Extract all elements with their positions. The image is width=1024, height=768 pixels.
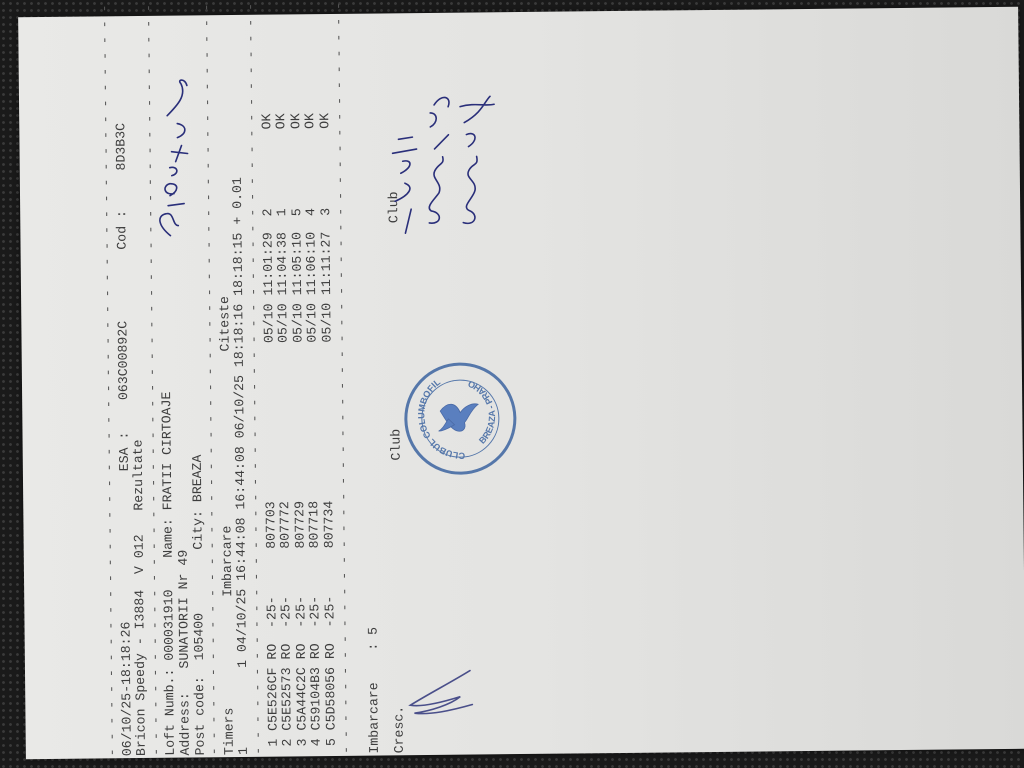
bird-year: -25- bbox=[293, 596, 308, 628]
handwritten-notes bbox=[364, 82, 506, 248]
bird-place: 4 bbox=[303, 208, 318, 216]
bird-place: 1 bbox=[274, 208, 289, 216]
bird-ring: C5E52573 bbox=[279, 667, 295, 730]
bird-ring: C5E526CF bbox=[264, 667, 280, 730]
receipt-text-block: - - - - - - - - - - - - - - - - - - - - … bbox=[98, 26, 1024, 756]
bird-year: -25- bbox=[278, 596, 293, 628]
arrival-date: 05/10 bbox=[304, 303, 319, 343]
bird-number: 807772 bbox=[277, 501, 292, 549]
arrival-time: 11:04:38 bbox=[275, 232, 291, 295]
bird-place: 5 bbox=[289, 208, 304, 216]
loft-label: Loft Numb.: bbox=[162, 669, 178, 756]
bird-year: -25- bbox=[264, 596, 279, 628]
breeder-signature-scribble bbox=[400, 662, 481, 723]
citeste-label: Citeste bbox=[217, 296, 233, 352]
bird-status: OK bbox=[317, 113, 332, 129]
arrival-date: 05/10 bbox=[261, 303, 276, 343]
bird-ring: C5A44C2C bbox=[294, 667, 310, 730]
notes-scribble bbox=[364, 82, 506, 243]
club-stamp: CLUBUL COLUMBOFIL BREAZA - PRAHOVA bbox=[403, 361, 517, 475]
report-type: Rezultate bbox=[131, 439, 147, 510]
bird-ring: C59104B3 bbox=[308, 667, 324, 730]
club-label-1: Club bbox=[388, 429, 403, 461]
citeste-date: 06/10/25 bbox=[232, 375, 248, 438]
arrival-date: 05/10 bbox=[275, 303, 290, 343]
arrival-time: 11:06:10 bbox=[304, 232, 320, 295]
bird-year: -25- bbox=[308, 596, 323, 628]
bird-place: 3 bbox=[318, 208, 333, 216]
bird-number: 807703 bbox=[263, 501, 278, 549]
bird-no: 4 bbox=[309, 738, 324, 746]
esa-label: ESA : bbox=[116, 432, 131, 472]
name-value: FRATII CIRTOAJE bbox=[159, 392, 175, 511]
bird-place: 2 bbox=[260, 208, 275, 216]
handwritten-signature bbox=[147, 75, 199, 251]
arrival-time: 11:01:29 bbox=[260, 232, 276, 295]
citeste-time2: 18:18:15 bbox=[231, 232, 247, 295]
timer-index: 1 bbox=[236, 747, 251, 755]
cod-label: Cod : bbox=[114, 210, 129, 250]
dove-icon bbox=[438, 404, 479, 432]
postcode-value: 105400 bbox=[191, 613, 206, 661]
arrival-time: 11:11:27 bbox=[318, 232, 334, 295]
arrival-time: 11:05:10 bbox=[289, 232, 305, 295]
bird-country: RO bbox=[323, 643, 338, 659]
address-value: SUNATORII Nr 49 bbox=[176, 550, 192, 669]
receipt-paper: - - - - - - - - - - - - - - - - - - - - … bbox=[18, 7, 1024, 759]
timer-no: 1 bbox=[235, 660, 250, 668]
bird-status: OK bbox=[273, 113, 288, 129]
imbarcare-label: Imbarcare bbox=[219, 526, 235, 597]
bird-number: 807718 bbox=[307, 501, 322, 549]
bird-status: OK bbox=[288, 113, 303, 129]
bird-no: 1 bbox=[265, 739, 280, 747]
bird-number: 807729 bbox=[292, 501, 307, 549]
stamp-graphic: CLUBUL COLUMBOFIL BREAZA - PRAHOVA bbox=[403, 362, 511, 470]
bird-status: OK bbox=[302, 113, 317, 129]
loft-number: 000031910 bbox=[162, 589, 178, 660]
signature-scribble bbox=[147, 75, 199, 246]
city-value: BREAZA bbox=[189, 455, 204, 503]
deviation: + 0.01 bbox=[230, 177, 245, 225]
breeder-signature bbox=[400, 662, 481, 728]
address-label: Address: bbox=[177, 692, 193, 755]
bird-country: RO bbox=[264, 644, 279, 660]
bird-status: OK bbox=[259, 113, 274, 129]
bird-no: 5 bbox=[324, 738, 339, 746]
bird-country: RO bbox=[293, 643, 308, 659]
bird-ring: C5D58056 bbox=[323, 667, 339, 730]
summary-value: : 5 bbox=[366, 627, 381, 651]
timers-label: Timers bbox=[221, 708, 236, 756]
bird-year: -25- bbox=[322, 596, 337, 628]
bird-country: RO bbox=[279, 644, 294, 660]
summary-label: Imbarcare bbox=[366, 682, 382, 753]
bird-table: 1 C5E526CF RO -25- 807703 05/10 11:01:29… bbox=[259, 34, 340, 755]
arrival-date: 05/10 bbox=[290, 303, 305, 343]
citeste-time1: 18:18:16 bbox=[231, 304, 247, 367]
version: V 012 bbox=[132, 534, 147, 574]
city-label: City: bbox=[190, 510, 205, 550]
bird-country: RO bbox=[308, 643, 323, 659]
arrival-date: 05/10 bbox=[319, 303, 334, 343]
bird-number: 807734 bbox=[321, 501, 336, 549]
postcode-label: Post code: bbox=[192, 676, 208, 755]
esa-value: 063C00892C bbox=[115, 321, 131, 400]
bird-no: 2 bbox=[280, 739, 295, 747]
bird-no: 3 bbox=[294, 738, 309, 746]
name-label: Name: bbox=[161, 518, 176, 558]
imbarcare-time2: 16:44:08 bbox=[233, 446, 249, 509]
cod-value: 8D3B3C bbox=[113, 123, 128, 171]
